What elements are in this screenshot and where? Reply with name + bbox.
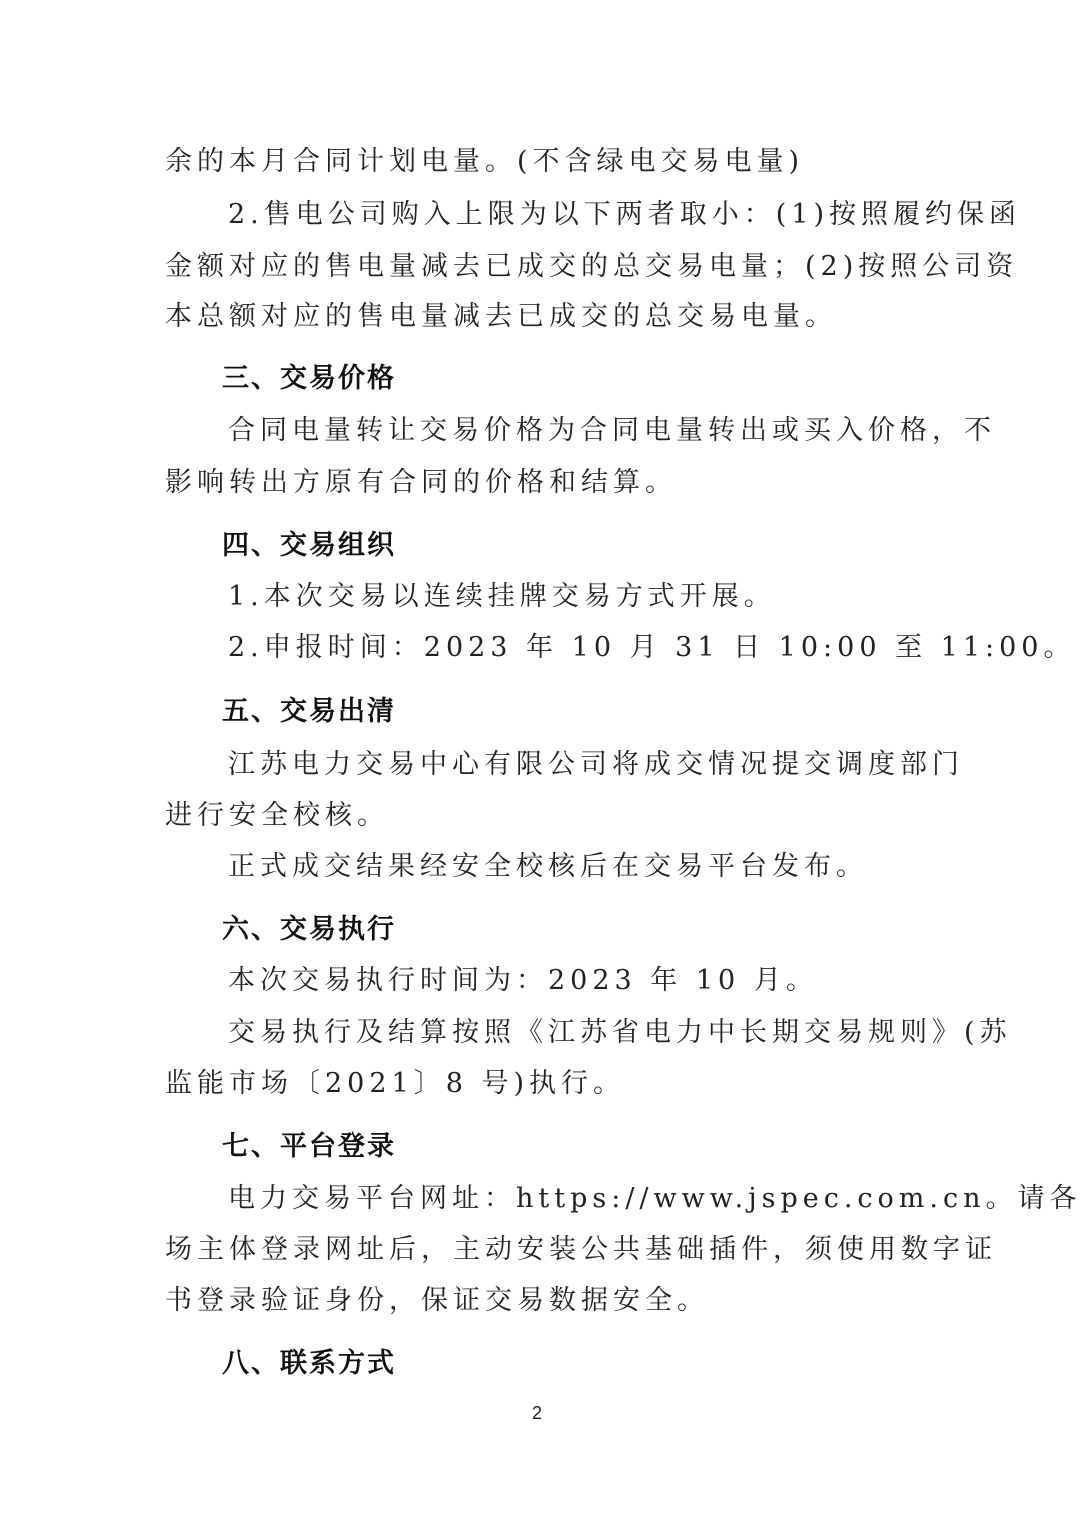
section-heading-price: 三、交易价格 bbox=[222, 362, 396, 396]
document-page: 余的本月合同计划电量。(不含绿电交易电量) 2.售电公司购入上限为以下两者取小：… bbox=[0, 0, 1080, 1527]
paragraph-line: 2.售电公司购入上限为以下两者取小：(1)按照履约保函 bbox=[228, 198, 918, 232]
paragraph-line: 江苏电力交易中心有限公司将成交情况提交调度部门 bbox=[228, 748, 918, 782]
paragraph-line: 影响转出方原有合同的价格和结算。 bbox=[165, 466, 915, 500]
paragraph-line: 2.申报时间：2023 年 10 月 31 日 10:00 至 11:00。 bbox=[228, 631, 918, 665]
paragraph-line: 书登录验证身份，保证交易数据安全。 bbox=[165, 1284, 915, 1318]
paragraph-line: 本次交易执行时间为：2023 年 10 月。 bbox=[228, 964, 918, 998]
section-heading-clearing: 五、交易出清 bbox=[222, 695, 396, 729]
section-heading-contact: 八、联系方式 bbox=[222, 1347, 396, 1381]
paragraph-line: 交易执行及结算按照《江苏省电力中长期交易规则》(苏 bbox=[228, 1016, 918, 1050]
paragraph-line: 合同电量转让交易价格为合同电量转出或买入价格，不 bbox=[228, 414, 918, 448]
paragraph-line: 电力交易平台网址：https://www.jspec.com.cn。请各市 bbox=[228, 1182, 918, 1216]
section-heading-platform-login: 七、平台登录 bbox=[222, 1130, 396, 1164]
paragraph-line: 1.本次交易以连续挂牌交易方式开展。 bbox=[228, 580, 918, 614]
paragraph-line: 正式成交结果经安全校核后在交易平台发布。 bbox=[228, 850, 918, 884]
section-heading-organization: 四、交易组织 bbox=[222, 529, 396, 563]
paragraph-line: 金额对应的售电量减去已成交的总交易电量；(2)按照公司资 bbox=[165, 250, 915, 284]
paragraph-line: 场主体登录网址后，主动安装公共基础插件，须使用数字证 bbox=[165, 1233, 915, 1267]
section-heading-execution: 六、交易执行 bbox=[222, 913, 396, 947]
paragraph-line: 监能市场〔2021〕8 号)执行。 bbox=[165, 1067, 915, 1101]
paragraph-line: 余的本月合同计划电量。(不含绿电交易电量) bbox=[165, 145, 915, 179]
paragraph-line: 进行安全校核。 bbox=[165, 799, 915, 833]
paragraph-line: 本总额对应的售电量减去已成交的总交易电量。 bbox=[165, 300, 915, 334]
page-number: 2 bbox=[532, 1403, 542, 1424]
